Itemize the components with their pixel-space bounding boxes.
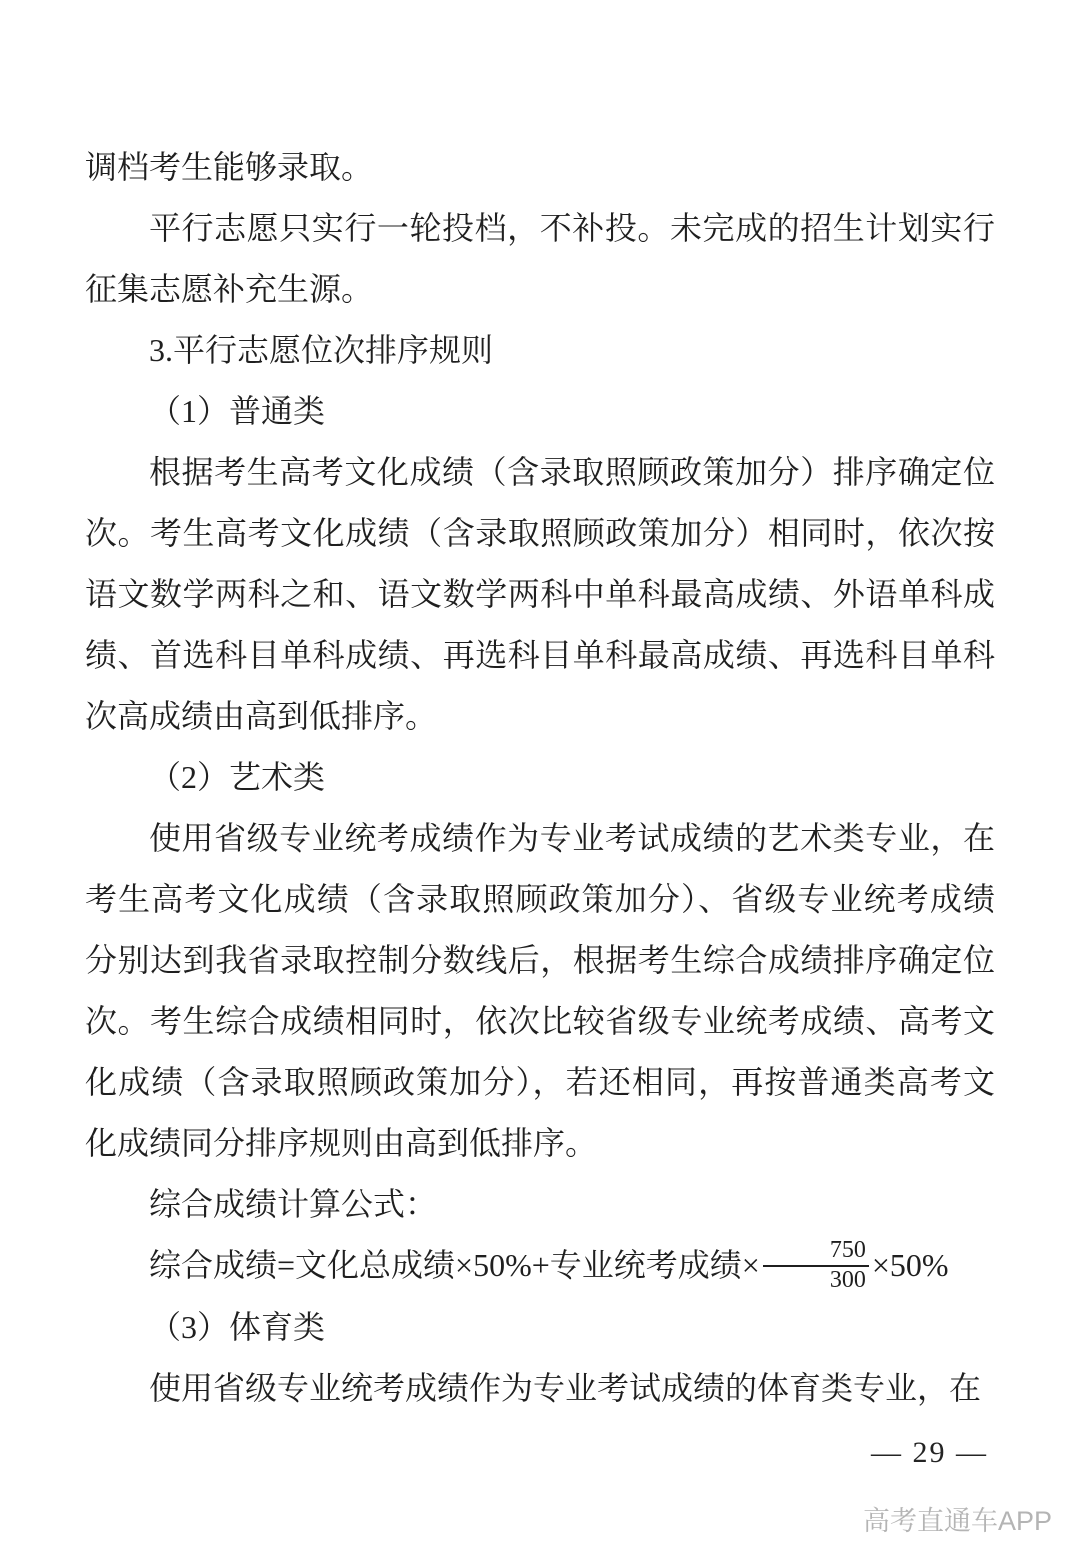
composite-score-formula: 综合成绩=文化总成绩×50%+专业统考成绩×750300×50% <box>85 1235 995 1297</box>
para-continuation: 调档考生能够录取。 <box>85 137 995 198</box>
para-sports-category-rule: 使用省级专业统考成绩作为专业考试成绩的体育类专业，在 <box>85 1358 995 1419</box>
document-page: 调档考生能够录取。 平行志愿只实行一轮投档，不补投。未完成的招生计划实行征集志愿… <box>0 0 1080 1556</box>
document-body: 调档考生能够录取。 平行志愿只实行一轮投档，不补投。未完成的招生计划实行征集志愿… <box>85 137 995 1419</box>
para-parallel-volunteer-rule: 平行志愿只实行一轮投档，不补投。未完成的招生计划实行征集志愿补充生源。 <box>85 198 995 320</box>
label-formula-title: 综合成绩计算公式： <box>85 1174 995 1235</box>
watermark-app-label: 高考直通车APP <box>863 1499 1052 1538</box>
formula-lhs: 综合成绩=文化总成绩×50%+专业统考成绩× <box>149 1247 760 1283</box>
heading-category-1-general: （1）普通类 <box>85 381 995 442</box>
heading-rule-3: 3.平行志愿位次排序规则 <box>85 320 995 381</box>
formula-rhs: ×50% <box>872 1247 949 1283</box>
para-art-category-rule: 使用省级专业统考成绩作为专业考试成绩的艺术类专业，在考生高考文化成绩（含录取照顾… <box>85 808 995 1174</box>
fraction-numerator: 750 <box>763 1237 869 1267</box>
heading-category-3-sports: （3）体育类 <box>85 1297 995 1358</box>
formula-fraction: 750300 <box>763 1237 869 1294</box>
fraction-denominator: 300 <box>763 1267 869 1295</box>
heading-category-2-art: （2）艺术类 <box>85 747 995 808</box>
page-number: — 29 — <box>871 1436 988 1470</box>
para-general-category-rule: 根据考生高考文化成绩（含录取照顾政策加分）排序确定位次。考生高考文化成绩（含录取… <box>85 442 995 747</box>
